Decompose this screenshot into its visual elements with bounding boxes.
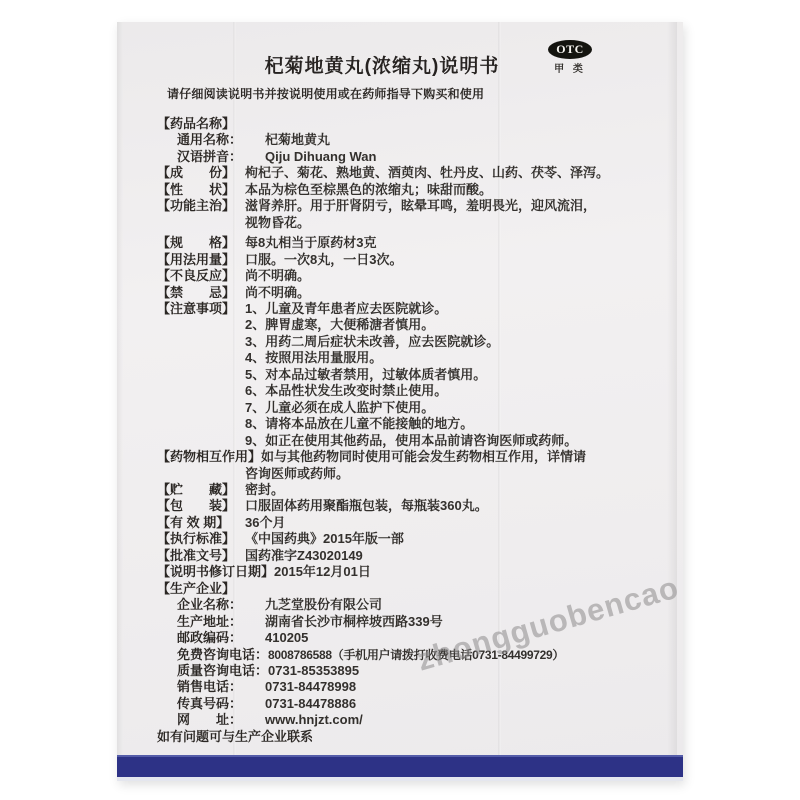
row-label: 【说明书修订日期】 <box>157 564 274 580</box>
row-functions-cont: 视物昏花。 <box>157 215 643 231</box>
row-label: 【成 份】 <box>157 165 245 181</box>
row-label: 【生产企业】 <box>157 581 245 597</box>
row-contraindications: 【禁 忌】尚不明确。 <box>157 285 643 301</box>
row-value: 尚不明确。 <box>245 285 310 301</box>
row-value: 2、脾胃虚寒，大便稀溏者慎用。 <box>245 317 434 333</box>
row-label: 【批准文号】 <box>157 548 245 564</box>
row-value: www.hnjzt.com/ <box>265 712 363 728</box>
row-label: 【注意事项】 <box>157 301 245 317</box>
row-precaution-8: 8、请将本品放在儿童不能接触的地方。 <box>157 416 643 432</box>
row-label: 【功能主治】 <box>157 198 245 214</box>
row-value: 410205 <box>265 630 308 646</box>
row-label: 【性 状】 <box>157 182 245 198</box>
row-precaution-4: 4、按照用法用量服用。 <box>157 350 643 366</box>
row-interactions: 【药物相互作用】如与其他药物同时使用可能会发生药物相互作用，详情请 <box>157 449 643 465</box>
row-company-name: 企业名称：九芝堂股份有限公司 <box>157 597 643 613</box>
row-website: 网 址：www.hnjzt.com/ <box>157 712 643 728</box>
row-label: 【执行标准】 <box>157 531 245 547</box>
row-value: 6、本品性状发生改变时禁止使用。 <box>245 383 447 399</box>
row-label: 企业名称： <box>177 597 265 613</box>
row-company-address: 生产地址：湖南省长沙市桐梓坡西路339号 <box>157 614 643 630</box>
row-value: 36个月 <box>245 515 285 531</box>
row-value: 九芝堂股份有限公司 <box>265 597 382 613</box>
row-label: 网 址： <box>177 712 265 728</box>
row-precaution-5: 5、对本品过敏者禁用，过敏体质者慎用。 <box>157 367 643 383</box>
row-value: 视物昏花。 <box>245 215 310 231</box>
row-label: 【规 格】 <box>157 235 245 251</box>
row-contact-note: 如有问题可与生产企业联系 <box>157 729 643 745</box>
row-value: 2015年12月01日 <box>274 564 371 580</box>
row-label: 【禁 忌】 <box>157 285 245 301</box>
row-dosage: 【用法用量】口服。一次8丸，一日3次。 <box>157 252 643 268</box>
row-label: 【有 效 期】 <box>157 515 245 531</box>
row-storage: 【贮 藏】密封。 <box>157 482 643 498</box>
row-free-hotline: 免费咨询电话：8008786588（手机用户请拨打收费电话0731-844997… <box>157 647 643 663</box>
row-value: 0731-85353895 <box>268 663 359 679</box>
leaflet-paper: OTC 甲 类 杞菊地黄丸(浓缩丸)说明书 请仔细阅读说明书并按说明使用或在药师… <box>117 22 683 781</box>
row-value: 0731-84478998 <box>265 679 356 695</box>
row-label: 生产地址： <box>177 614 265 630</box>
row-adverse-reactions: 【不良反应】尚不明确。 <box>157 268 643 284</box>
row-ingredients: 【成 份】枸杞子、菊花、熟地黄、酒萸肉、牡丹皮、山药、茯苓、泽泻。 <box>157 165 643 181</box>
row-label: 【药品名称】 <box>157 116 245 132</box>
row-value: 0731-84478886 <box>265 696 356 712</box>
row-label: 如有问题可与生产企业联系 <box>157 729 313 745</box>
row-value: 咨询医师或药师。 <box>245 466 349 482</box>
row-value: 本品为棕色至棕黑色的浓缩丸；味甜而酸。 <box>245 182 492 198</box>
row-fax-number: 传真号码：0731-84478886 <box>157 696 643 712</box>
row-label: 传真号码： <box>177 696 265 712</box>
row-precaution-6: 6、本品性状发生改变时禁止使用。 <box>157 383 643 399</box>
row-value: 杞菊地黄丸 <box>265 132 330 148</box>
row-label: 【用法用量】 <box>157 252 245 268</box>
row-interactions-cont: 咨询医师或药师。 <box>157 466 643 482</box>
row-precaution-2: 2、脾胃虚寒，大便稀溏者慎用。 <box>157 317 643 333</box>
row-precautions: 【注意事项】1、儿童及青年患者应去医院就诊。 <box>157 301 643 317</box>
footer-band <box>117 755 683 777</box>
row-drug-name-header: 【药品名称】 <box>157 116 643 132</box>
row-sales-phone: 销售电话：0731-84478998 <box>157 679 643 695</box>
row-value: Qiju Dihuang Wan <box>265 149 376 165</box>
row-label: 【不良反应】 <box>157 268 245 284</box>
row-label: 【包 装】 <box>157 498 245 514</box>
row-manufacturer-header: 【生产企业】 <box>157 581 643 597</box>
row-precaution-7: 7、儿童必须在成人监护下使用。 <box>157 400 643 416</box>
page-title: 杞菊地黄丸(浓缩丸)说明书 <box>117 22 683 79</box>
row-package: 【包 装】口服固体药用聚酯瓶包装，每瓶装360丸。 <box>157 498 643 514</box>
otc-logo-icon: OTC <box>548 40 592 59</box>
otc-badge: OTC 甲 类 <box>545 40 595 75</box>
row-pinyin: 汉语拼音：Qiju Dihuang Wan <box>157 149 643 165</box>
otc-class-label: 甲 类 <box>545 60 595 75</box>
usage-warning: 请仔细阅读说明书并按说明使用或在药师指导下购买和使用 <box>117 79 683 102</box>
leaflet-body: 【药品名称】通用名称：杞菊地黄丸汉语拼音：Qiju Dihuang Wan【成 … <box>117 116 683 745</box>
row-revision-date: 【说明书修订日期】2015年12月01日 <box>157 564 643 580</box>
row-value: 每8丸相当于原药材3克 <box>245 235 376 251</box>
row-value: 如与其他药物同时使用可能会发生药物相互作用，详情请 <box>261 449 586 465</box>
row-value: 口服固体药用聚酯瓶包装，每瓶装360丸。 <box>245 498 488 514</box>
row-value: 7、儿童必须在成人监护下使用。 <box>245 400 434 416</box>
row-value: 密封。 <box>245 482 284 498</box>
row-value: 4、按照用法用量服用。 <box>245 350 382 366</box>
row-spec: 【规 格】每8丸相当于原药材3克 <box>157 235 643 251</box>
row-value: 湖南省长沙市桐梓坡西路339号 <box>265 614 443 630</box>
row-value: 1、儿童及青年患者应去医院就诊。 <box>245 301 447 317</box>
row-precaution-9: 9、如正在使用其他药品，使用本品前请咨询医师或药师。 <box>157 433 643 449</box>
row-postal-code: 邮政编码：410205 <box>157 630 643 646</box>
row-approval-number: 【批准文号】国药准字Z43020149 <box>157 548 643 564</box>
row-generic-name: 通用名称：杞菊地黄丸 <box>157 132 643 148</box>
row-value: 国药准字Z43020149 <box>245 548 363 564</box>
row-label: 质量咨询电话： <box>177 663 268 679</box>
row-value: 9、如正在使用其他药品，使用本品前请咨询医师或药师。 <box>245 433 577 449</box>
row-label: 【药物相互作用】 <box>157 449 261 465</box>
row-value: 3、用药二周后症状未改善，应去医院就诊。 <box>245 334 499 350</box>
row-label: 通用名称： <box>177 132 265 148</box>
row-value: 枸杞子、菊花、熟地黄、酒萸肉、牡丹皮、山药、茯苓、泽泻。 <box>245 165 609 181</box>
row-validity: 【有 效 期】36个月 <box>157 515 643 531</box>
otc-label: OTC <box>556 42 584 57</box>
row-quality-hotline: 质量咨询电话：0731-85353895 <box>157 663 643 679</box>
row-description: 【性 状】本品为棕色至棕黑色的浓缩丸；味甜而酸。 <box>157 182 643 198</box>
row-functions: 【功能主治】滋肾养肝。用于肝肾阴亏，眩晕耳鸣，羞明畏光，迎风流泪， <box>157 198 643 214</box>
row-label: 【贮 藏】 <box>157 482 245 498</box>
row-label: 汉语拼音： <box>177 149 265 165</box>
row-label: 邮政编码： <box>177 630 265 646</box>
row-standard: 【执行标准】《中国药典》2015年版一部 <box>157 531 643 547</box>
row-value: 5、对本品过敏者禁用，过敏体质者慎用。 <box>245 367 486 383</box>
paper-bottom-edge <box>117 777 683 781</box>
row-value: 《中国药典》2015年版一部 <box>245 531 404 547</box>
row-value: 尚不明确。 <box>245 268 310 284</box>
row-value: 8008786588（手机用户请拨打收费电话0731-84499729） <box>268 647 564 663</box>
row-label: 销售电话： <box>177 679 265 695</box>
row-precaution-3: 3、用药二周后症状未改善，应去医院就诊。 <box>157 334 643 350</box>
row-value: 滋肾养肝。用于肝肾阴亏，眩晕耳鸣，羞明畏光，迎风流泪， <box>245 198 596 214</box>
row-value: 8、请将本品放在儿童不能接触的地方。 <box>245 416 473 432</box>
row-label: 免费咨询电话： <box>177 647 268 663</box>
row-value: 口服。一次8丸，一日3次。 <box>245 252 402 268</box>
